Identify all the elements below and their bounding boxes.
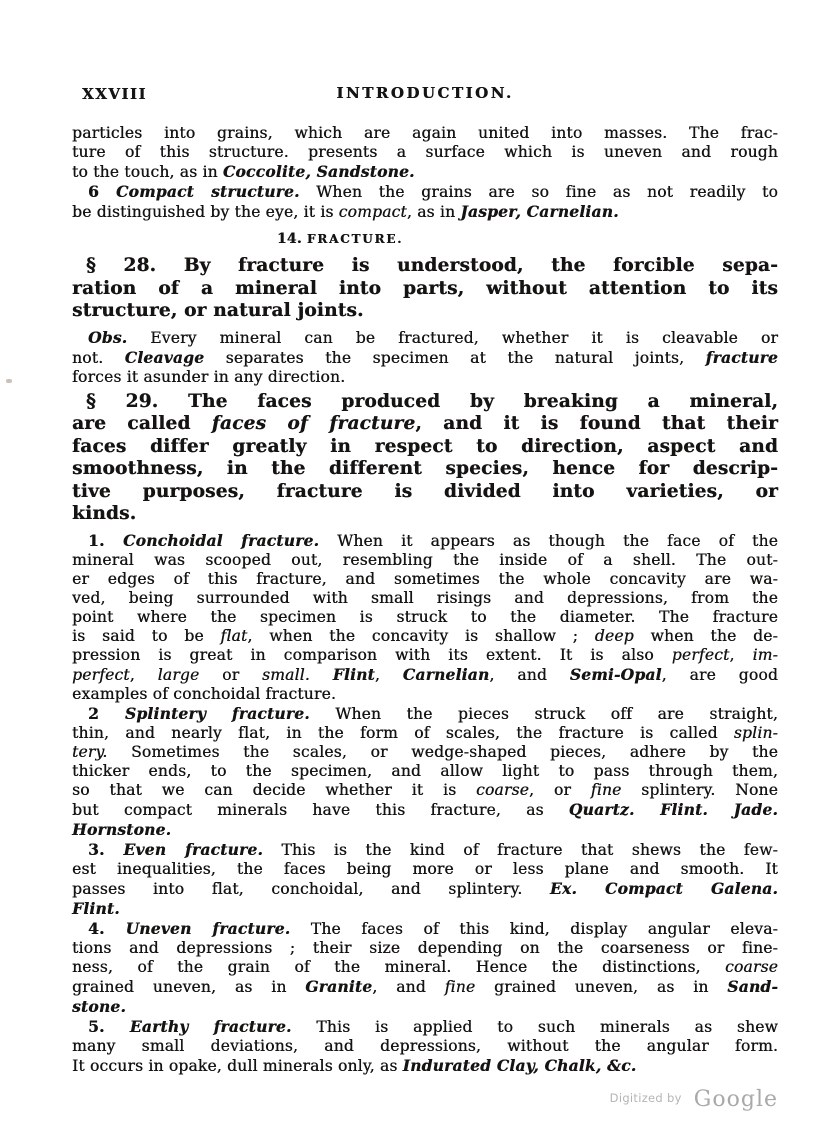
text-line: but compact minerals have this fracture,… [72,800,778,820]
text-line: mineral was scooped out, resembling the … [72,551,778,570]
paragraph-granular-structure-continuation: particles into grains, which are again u… [72,124,778,182]
paragraph-section-28: § 28. By fracture is understood, the for… [72,255,778,323]
text-line: 14. FRACTURE. [0,231,693,247]
page-content: XXVIII INTRODUCTION. particles into grai… [72,84,778,1076]
text-line: 6 Compact structure. When the grains are… [72,182,778,202]
text-line: thin, and nearly flat, in the form of sc… [72,724,778,743]
text-line: § 29. The faces produced by breaking a m… [72,391,778,414]
text-blocks: particles into grains, which are again u… [72,124,778,1076]
text-line: Flint. [72,899,778,919]
text-line: 3. Even fracture. This is the kind of fr… [72,840,778,860]
text-line: examples of conchoidal fracture. [72,685,778,704]
text-line: 5. Earthy fracture. This is applied to s… [72,1017,778,1037]
text-line: tions and depressions ; their size depen… [72,939,778,958]
text-line: er edges of this fracture, and sometimes… [72,570,778,589]
text-line: Obs. Every mineral can be fractured, whe… [72,328,778,348]
text-line: ration of a mineral into parts, without … [72,278,778,301]
text-line: be distinguished by the eye, it is compa… [72,202,778,222]
text-line: 4. Uneven fracture. The faces of this ki… [72,919,778,939]
text-line: are called faces of fracture, and it is … [72,413,778,436]
paragraph-obs-cleavage-vs-fracture: Obs. Every mineral can be fractured, whe… [72,328,778,387]
text-line: so that we can decide whether it is coar… [72,781,778,800]
text-line: 2 Splintery fracture. When the pieces st… [72,704,778,724]
text-line: ness, of the grain of the mineral. Hence… [72,958,778,977]
text-line: is said to be flat, when the concavity i… [72,627,778,646]
text-line: ture of this structure. presents a surfa… [72,143,778,162]
paragraph-compact-structure: 6 Compact structure. When the grains are… [72,182,778,222]
section-heading-14-fracture: 14. FRACTURE. [0,231,693,247]
text-line: est inequalities, the faces being more o… [72,860,778,879]
text-line: grained uneven, as in Granite, and fine … [72,977,778,997]
text-line: § 28. By fracture is understood, the for… [72,255,778,278]
scanned-book-page: XXVIII INTRODUCTION. particles into grai… [0,0,816,1123]
text-line: to the touch, as in Coccolite, Sandstone… [72,162,778,182]
text-line: thicker ends, to the specimen, and allow… [72,762,778,781]
page-header: XXVIII INTRODUCTION. [72,84,778,102]
text-line: smoothness, in the different species, he… [72,458,778,481]
item-1-conchoidal-fracture: 1. Conchoidal fracture. When it appears … [72,531,778,704]
text-line: structure, or natural joints. [72,300,778,323]
text-line: passes into flat, conchoidal, and splint… [72,879,778,899]
item-5-earthy-fracture: 5. Earthy fracture. This is applied to s… [72,1017,778,1076]
item-2-splintery-fracture: 2 Splintery fracture. When the pieces st… [72,704,778,840]
text-line: kinds. [72,503,778,526]
text-line: tery. Sometimes the scales, or wedge-sha… [72,743,778,762]
running-title: INTRODUCTION. [72,84,778,102]
text-line: tive purposes, fracture is divided into … [72,481,778,504]
scan-artifact-dot [6,379,12,383]
text-line: forces it asunder in any direction. [72,368,778,387]
item-4-uneven-fracture: 4. Uneven fracture. The faces of this ki… [72,919,778,1017]
text-line: faces differ greatly in respect to direc… [72,436,778,459]
text-line: It occurs in opake, dull minerals only, … [72,1056,778,1076]
watermark-prefix: Digitized by [610,1091,682,1105]
google-logo-text: Google [694,1087,778,1112]
text-line: particles into grains, which are again u… [72,124,778,143]
text-line: pression is great in comparison with its… [72,646,778,665]
text-line: perfect, large or small. Flint, Carnelia… [72,665,778,685]
text-line: ved, being surrounded with small risings… [72,589,778,608]
page-number-folio: XXVIII [82,85,147,103]
text-line: Hornstone. [72,820,778,840]
text-line: 1. Conchoidal fracture. When it appears … [72,531,778,551]
text-line: stone. [72,997,778,1017]
watermark: Digitized by Google [610,1087,778,1112]
text-line: many small deviations, and depressions, … [72,1037,778,1056]
paragraph-section-29: § 29. The faces produced by breaking a m… [72,391,778,526]
text-line: not. Cleavage separates the specimen at … [72,348,778,368]
text-line: point where the specimen is struck to th… [72,608,778,627]
item-3-even-fracture: 3. Even fracture. This is the kind of fr… [72,840,778,919]
